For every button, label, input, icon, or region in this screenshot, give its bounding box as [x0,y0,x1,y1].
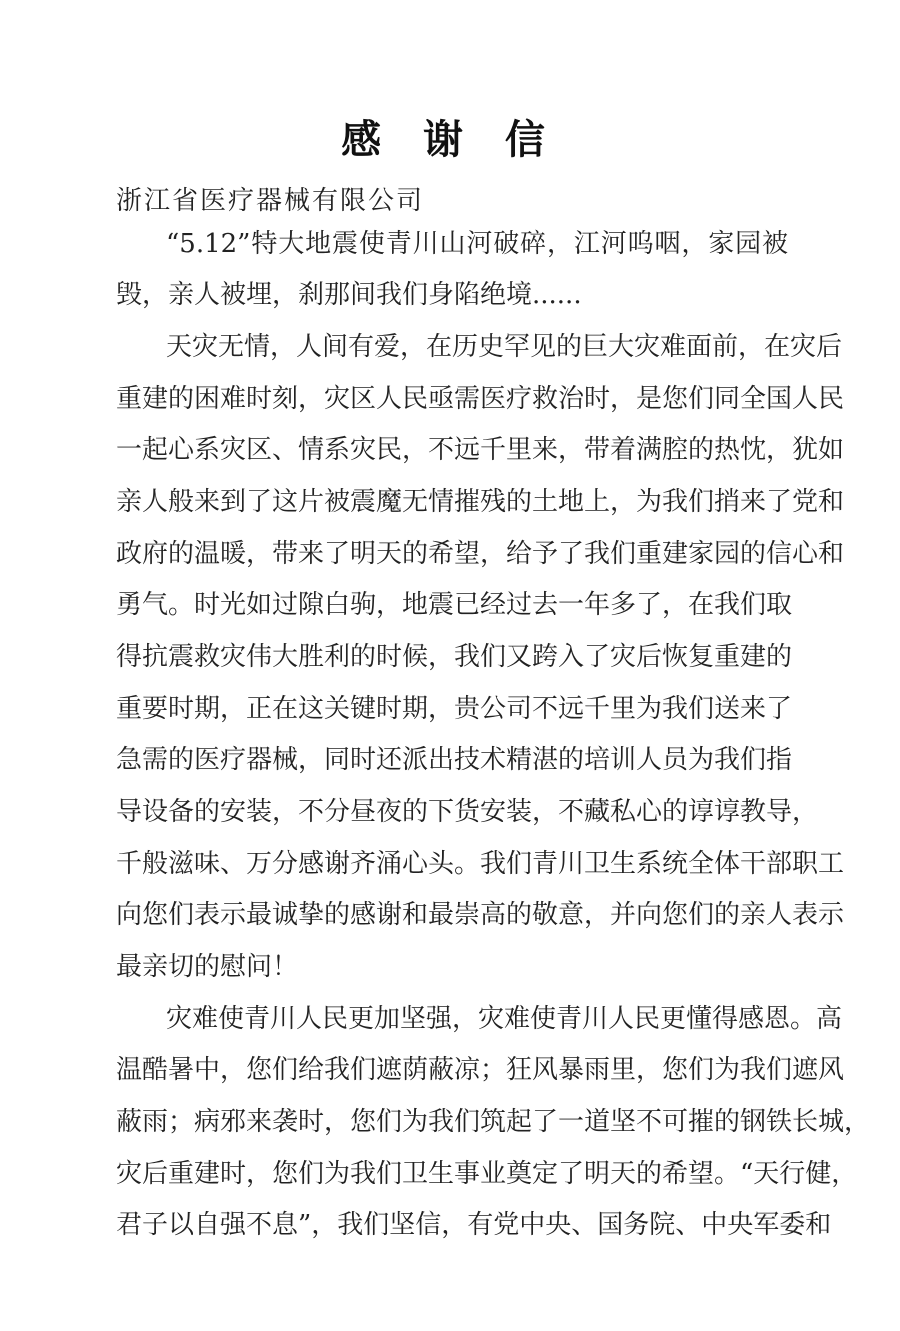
letter-line: 灾难使青川人民更加坚强，灾难使青川人民更懂得感恩。高 [166,999,788,1039]
letter-line: 得抗震救灾伟大胜利的时候，我们又跨入了灾后恢复重建的 [116,637,788,677]
letter-line: 政府的温暖，带来了明天的希望，给予了我们重建家园的信心和 [116,534,788,574]
letter-line: 向您们表示最诚挚的感谢和最崇高的敬意，并向您们的亲人表示 [116,895,788,935]
letter-line: 重要时期，正在这关键时期，贵公司不远千里为我们送来了 [116,689,788,729]
letter-line: 灾后重建时，您们为我们卫生事业奠定了明天的希望。“天行健， [116,1154,788,1194]
letter-line: “5.12”特大地震使青川山河破碎，江河呜咽，家园被 [166,224,788,264]
letter-line: 最亲切的慰问！ [116,947,788,987]
letter-line: 温酷暑中，您们给我们遮荫蔽凉；狂风暴雨里，您们为我们遮风 [116,1050,788,1090]
letter-line: 千般滋味、万分感谢齐涌心头。我们青川卫生系统全体干部职工 [116,844,788,884]
letter-line: 重建的困难时刻，灾区人民亟需医疗救治时，是您们同全国人民 [116,379,788,419]
letter-title: 感 谢 信 [0,112,900,168]
letter-line: 蔽雨；病邪来袭时，您们为我们筑起了一道坚不可摧的钢铁长城， [116,1102,788,1142]
letter-line: 急需的医疗器械，同时还派出技术精湛的培训人员为我们指 [116,740,788,780]
letter-line: 一起心系灾区、情系灾民，不远千里来，带着满腔的热忱，犹如 [116,430,788,470]
letter-line: 亲人般来到了这片被震魔无情摧残的土地上，为我们捎来了党和 [116,482,788,522]
letter-line: 君子以自强不息”，我们坚信，有党中央、国务院、中央军委和 [116,1205,788,1245]
letter-line: 导设备的安装，不分昼夜的下货安装，不藏私心的谆谆教导， [116,792,788,832]
letter-line: 勇气。时光如过隙白驹，地震已经过去一年多了，在我们取 [116,585,788,625]
letter-page: 感 谢 信 浙江省医疗器械有限公司 “5.12”特大地震使青川山河破碎，江河呜咽… [0,0,900,1331]
letter-line: 天灾无情，人间有爱，在历史罕见的巨大灾难面前，在灾后 [166,327,788,367]
letter-recipient: 浙江省医疗器械有限公司 [116,181,424,221]
letter-line: 毁，亲人被埋，刹那间我们身陷绝境...... [116,275,788,315]
